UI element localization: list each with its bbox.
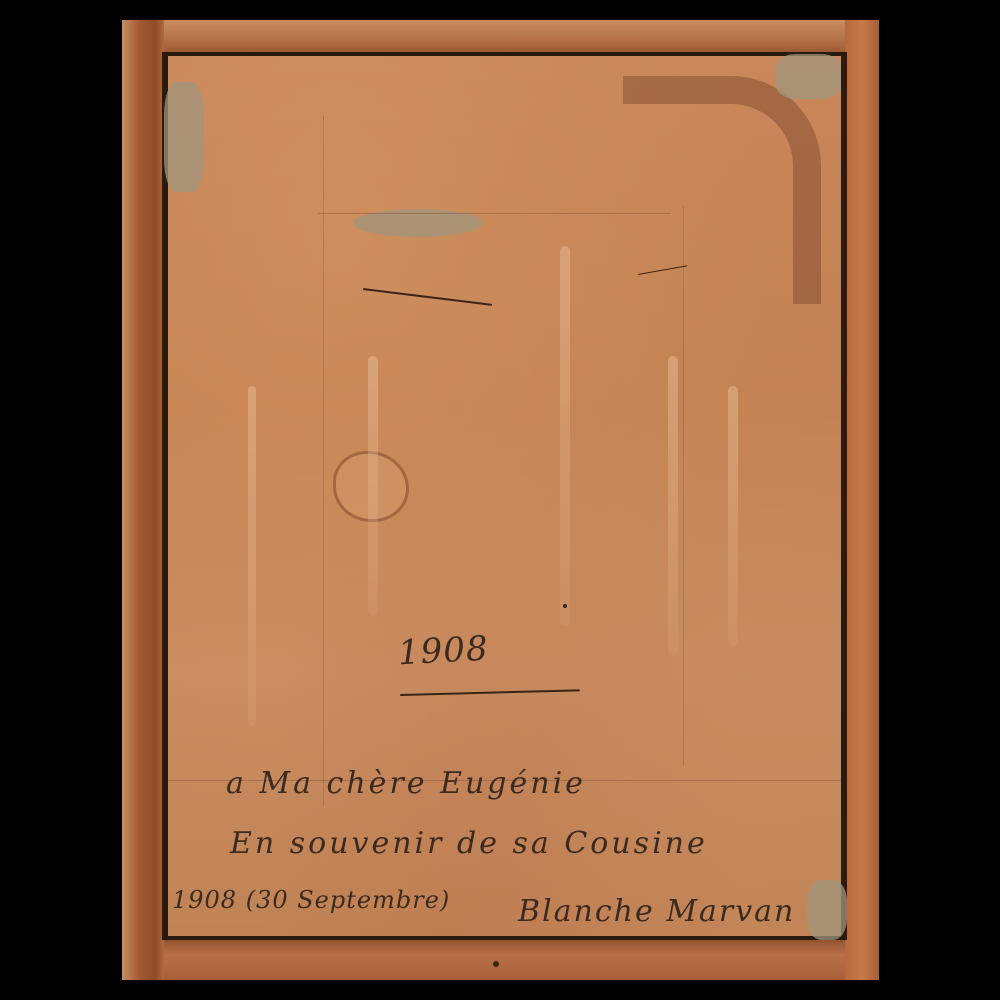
water-drip	[368, 356, 378, 616]
frame-rail-bottom	[122, 938, 879, 980]
pencil-stroke	[363, 288, 492, 306]
inscription-souvenir: En souvenir de sa Cousine	[230, 826, 708, 861]
board-seam	[323, 116, 324, 806]
glue-residue	[807, 880, 847, 940]
glue-residue	[164, 82, 204, 192]
water-drip	[560, 246, 570, 626]
inscription-signature: Blanche Marvan	[518, 894, 795, 929]
inscription-date: 1908 (30 Septembre)	[172, 886, 450, 914]
nail-hole	[493, 961, 499, 967]
board-seam	[683, 206, 684, 766]
glue-residue	[776, 54, 841, 99]
frame-rail-right	[845, 20, 879, 980]
inscription-dedication: a Ma chère Eugénie	[226, 766, 586, 801]
board-seam	[318, 213, 671, 214]
water-drip	[668, 356, 678, 656]
nail-hole	[563, 604, 567, 608]
water-drip	[728, 386, 738, 646]
picture-frame: 1908 a Ma chère Eugénie En souvenir de s…	[122, 20, 879, 980]
frame-rail-left	[122, 20, 164, 980]
water-drip	[248, 386, 256, 726]
frame-rail-top	[122, 20, 879, 52]
water-stain-corner	[623, 76, 821, 304]
cardboard-backing: 1908 a Ma chère Eugénie En souvenir de s…	[168, 56, 841, 936]
year-underline	[400, 689, 580, 696]
inscription-year: 1908	[397, 629, 490, 674]
